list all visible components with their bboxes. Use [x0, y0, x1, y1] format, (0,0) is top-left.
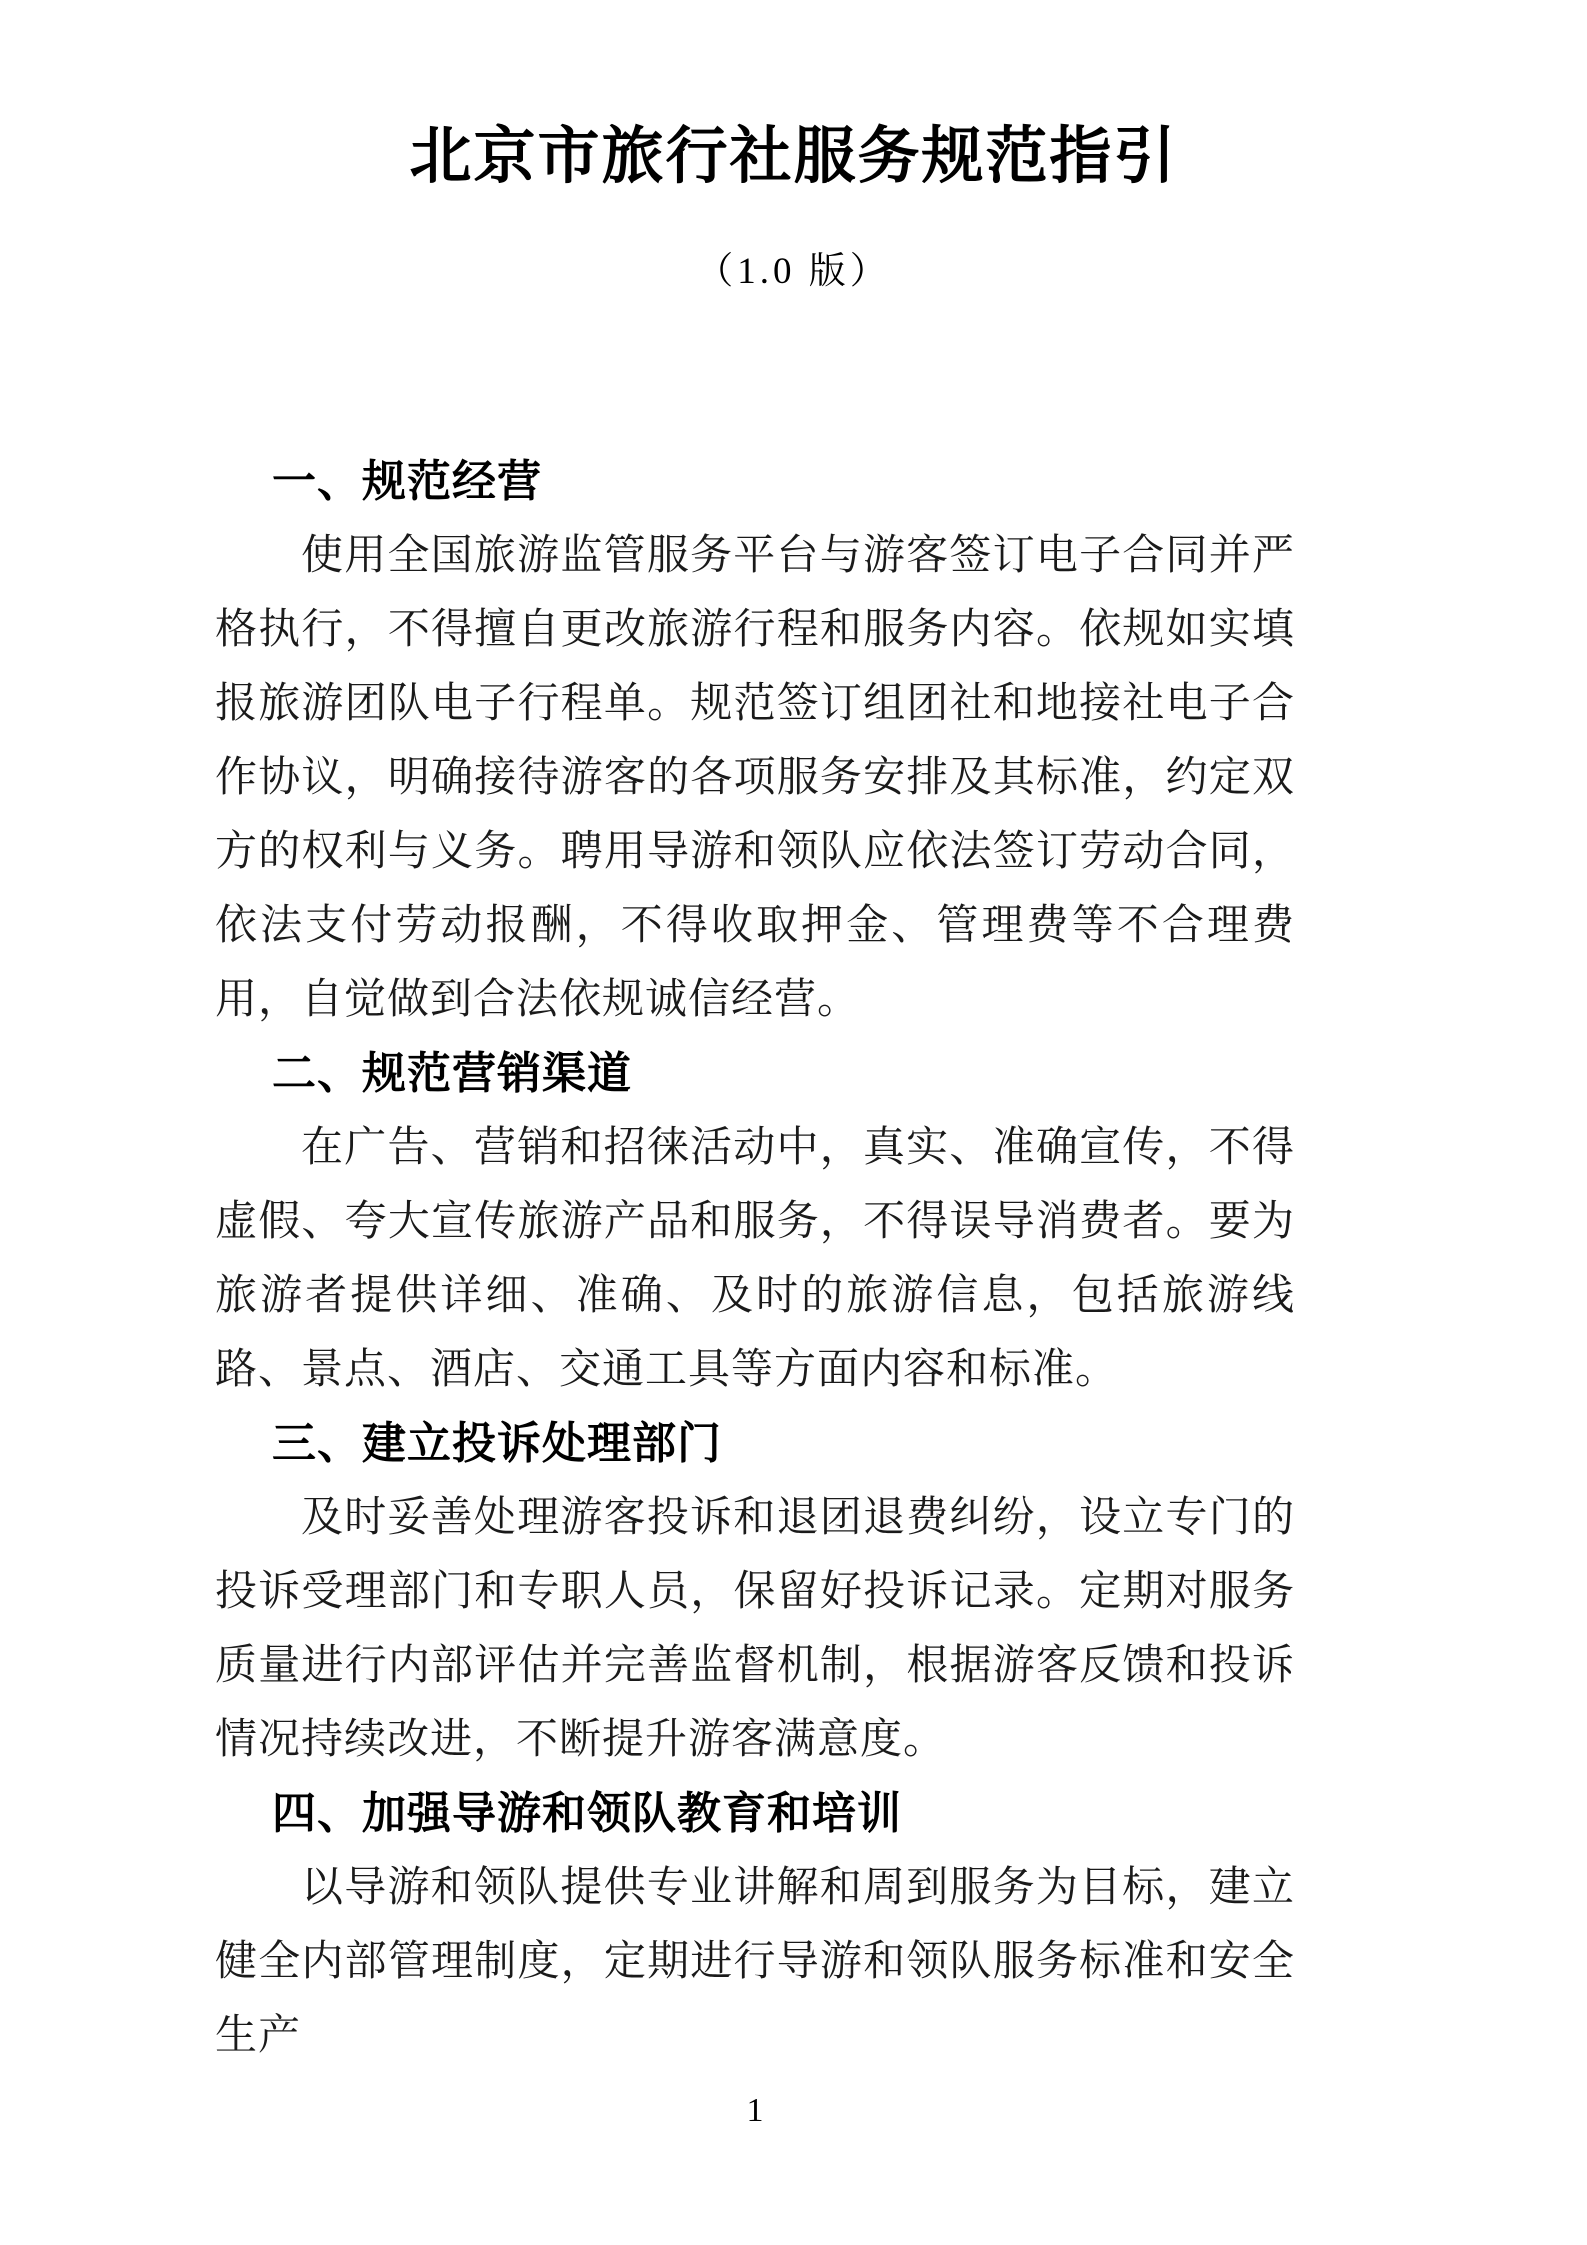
page-footer: 1: [215, 2092, 1295, 2130]
body-paragraph: 以导游和领队提供专业讲解和周到服务为目标，建立健全内部管理制度，定期进行导游和领…: [215, 1851, 1295, 2073]
document-page: 北京市旅行社服务规范指引 （1.0 版） 一、规范经营 使用全国旅游监管服务平台…: [0, 0, 1587, 2245]
section-heading: 四、加强导游和领队教育和培训: [215, 1777, 1295, 1851]
body-paragraph: 使用全国旅游监管服务平台与游客签订电子合同并严格执行，不得擅自更改旅游行程和服务…: [215, 519, 1295, 1037]
section-paragraphs: 使用全国旅游监管服务平台与游客签订电子合同并严格执行，不得擅自更改旅游行程和服务…: [215, 519, 1295, 1037]
body-paragraph: 及时妥善处理游客投诉和退团退费纠纷，设立专门的投诉受理部门和专职人员，保留好投诉…: [215, 1481, 1295, 1777]
page-number: 1: [747, 2092, 764, 2129]
section-heading: 三、建立投诉处理部门: [215, 1407, 1295, 1481]
section-paragraphs: 以导游和领队提供专业讲解和周到服务为目标，建立健全内部管理制度，定期进行导游和领…: [215, 1851, 1295, 2073]
section-heading: 二、规范营销渠道: [215, 1037, 1295, 1111]
document-body: 一、规范经营 使用全国旅游监管服务平台与游客签订电子合同并严格执行，不得擅自更改…: [215, 445, 1295, 2073]
section-heading: 一、规范经营: [215, 445, 1295, 519]
document-section: 二、规范营销渠道 在广告、营销和招徕活动中，真实、准确宣传，不得虚假、夸大宣传旅…: [215, 1037, 1295, 1407]
document-section: 三、建立投诉处理部门 及时妥善处理游客投诉和退团退费纠纷，设立专门的投诉受理部门…: [215, 1407, 1295, 1777]
document-section: 四、加强导游和领队教育和培训 以导游和领队提供专业讲解和周到服务为目标，建立健全…: [215, 1777, 1295, 2073]
section-paragraphs: 及时妥善处理游客投诉和退团退费纠纷，设立专门的投诉受理部门和专职人员，保留好投诉…: [215, 1481, 1295, 1777]
body-paragraph: 在广告、营销和招徕活动中，真实、准确宣传，不得虚假、夸大宣传旅游产品和服务，不得…: [215, 1111, 1295, 1407]
document-section: 一、规范经营 使用全国旅游监管服务平台与游客签订电子合同并严格执行，不得擅自更改…: [215, 445, 1295, 1037]
section-paragraphs: 在广告、营销和招徕活动中，真实、准确宣传，不得虚假、夸大宣传旅游产品和服务，不得…: [215, 1111, 1295, 1407]
document-subtitle: （1.0 版）: [0, 248, 1587, 296]
document-title: 北京市旅行社服务规范指引: [0, 0, 1587, 193]
